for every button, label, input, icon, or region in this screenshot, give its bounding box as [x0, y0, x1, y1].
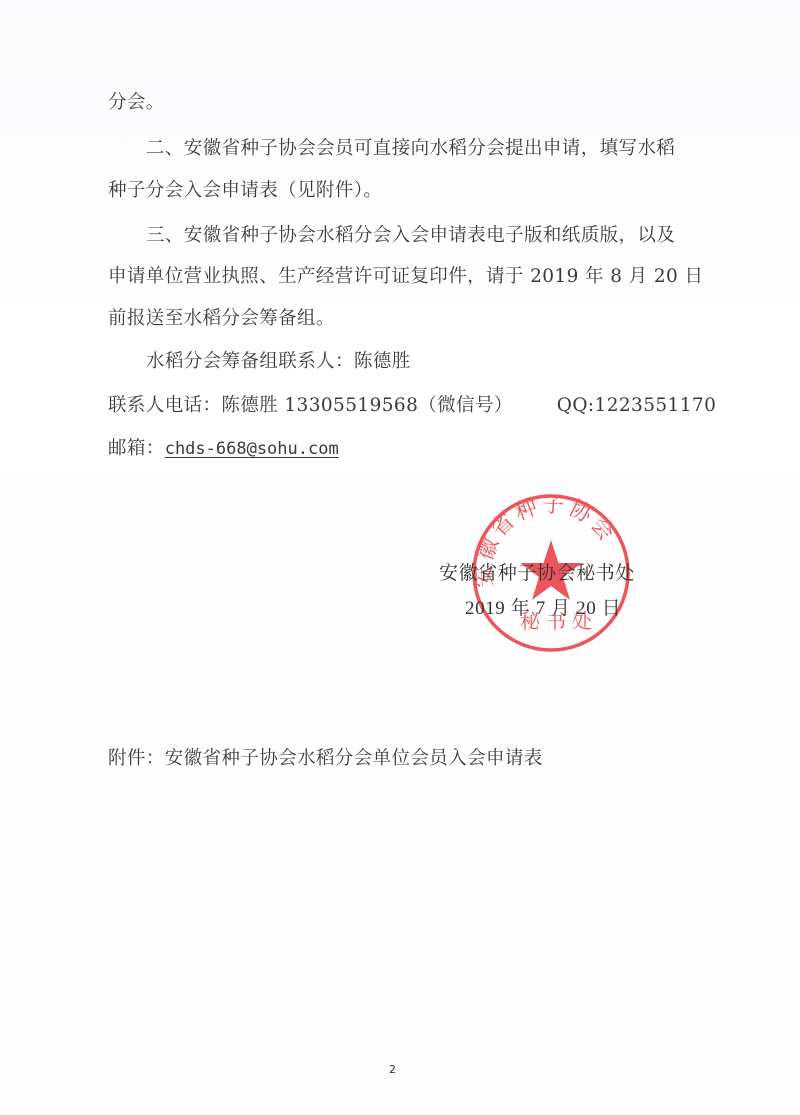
paragraph-line: 种子分会入会申请表（见附件）。 [108, 178, 382, 204]
paragraph-line: 申请单位营业执照、生产经营许可证复印件，请于 2019 年 8 月 20 日 [108, 264, 703, 290]
contact-qq: QQ:1223551170 [557, 395, 716, 416]
paragraph-line: 前报送至水稻分会筹备组。 [108, 306, 335, 332]
signature-org: 安徽省种子协会秘书处 [439, 560, 635, 586]
contact-email-line: 邮箱：chds-668@sohu.com [108, 436, 339, 462]
paragraph-item-three: 三、安徽省种子协会水稻分会入会申请表电子版和纸质版，以及 [146, 223, 675, 249]
attachment-note: 附件：安徽省种子协会水稻分会单位会员入会申请表 [108, 746, 543, 772]
document-page: 分会。 二、安徽省种子协会会员可直接向水稻分会提出申请，填写水稻 种子分会入会申… [0, 0, 800, 1115]
paragraph-line: 分会。 [108, 90, 165, 116]
page-number: 2 [389, 1063, 396, 1076]
contact-phone: 联系人电话：陈德胜 13305519568（微信号） [108, 395, 513, 416]
email-label: 邮箱： [108, 438, 165, 459]
contact-person: 水稻分会筹备组联系人：陈德胜 [146, 349, 411, 375]
paragraph-item-two: 二、安徽省种子协会会员可直接向水稻分会提出申请，填写水稻 [146, 136, 675, 162]
email-link[interactable]: chds-668@sohu.com [165, 439, 339, 459]
signature-date: 2019 年 7 月 20 日 [465, 596, 621, 622]
contact-phone-line: 联系人电话：陈德胜 13305519568（微信号）QQ:1223551170 [108, 393, 716, 419]
